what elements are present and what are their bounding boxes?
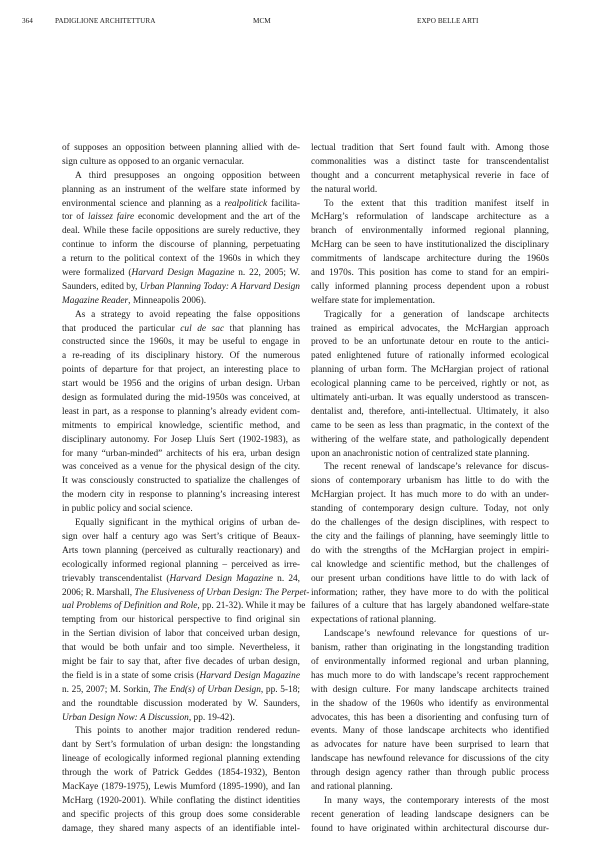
text-line: has much more to do with landscape’s rec…: [311, 670, 549, 684]
text-line: lectual tradition that Sert found fault …: [311, 142, 549, 156]
text-line: in the shadow of the 1960s who identify …: [311, 698, 549, 712]
text-line: events. Many of those landscape architec…: [311, 725, 549, 739]
text-line: cally informed planning process dependen…: [311, 281, 549, 295]
text-line: the city and the failings of planning, h…: [311, 531, 549, 545]
text-line: in the Sertian division of labor that co…: [62, 628, 300, 642]
text-line: Arts town planning (perceived as cultura…: [62, 545, 300, 559]
text-line: sions of contemporary urbanism has littl…: [311, 475, 549, 489]
text-line: trievably transcendentalist (Harvard Des…: [62, 573, 300, 587]
text-line: thought and a concurrent metaphysical re…: [311, 170, 549, 184]
text-line: and 1970s. This position has come to sta…: [311, 267, 549, 281]
text-line: disciplinary autonomy. For Josep Lluís S…: [62, 434, 300, 448]
text-line: dentalist and, therefore, anti-intellect…: [311, 406, 549, 420]
header-right-label: EXPO BELLE ARTI: [417, 17, 478, 25]
text-line: planning as an instrument of the welfare…: [62, 184, 300, 198]
text-line: least in part, as a response to planning…: [62, 406, 300, 420]
text-line: This points to another major tradition r…: [62, 725, 300, 739]
text-line: with design culture. For many landscape …: [311, 684, 549, 698]
text-line: branch of environmentally informed regio…: [311, 225, 549, 239]
text-line: landscape has newfound relevance for dis…: [311, 753, 549, 767]
header-center-label: MCM: [253, 17, 271, 25]
text-line: a re-reading of its disciplinary history…: [62, 350, 300, 364]
text-line: tempting from our historical perspective…: [62, 614, 300, 628]
text-line: Magazine Reader, Minneapolis 2006).: [62, 295, 300, 309]
text-line: withering of the welfare state, and path…: [311, 434, 549, 448]
text-line: through design agency rather than throug…: [311, 767, 549, 781]
text-line: and the roundtable discussion moderated …: [62, 698, 300, 712]
text-line: To the extent that this tradition manife…: [311, 198, 549, 212]
text-line: design as formulated during the mid-1950…: [62, 392, 300, 406]
text-line: Landscape’s newfound relevance for quest…: [311, 628, 549, 642]
text-line: in public policy and social science.: [62, 503, 300, 517]
page-number: 364: [22, 17, 33, 25]
text-line: Saunders, edited by, Urban Planning Toda…: [62, 281, 300, 295]
text-line: The recent renewal of landscape’s releva…: [311, 461, 549, 475]
text-line: advocates, this has been a disorienting …: [311, 712, 549, 726]
text-line: and specific projects of this group does…: [62, 809, 300, 823]
text-line: found to have originated within architec…: [311, 823, 549, 837]
text-line: ual Problems of Definition and Role, pp.…: [62, 600, 300, 614]
text-line: expectations of rational planning.: [311, 614, 549, 628]
text-line: recent generation of leading landscape d…: [311, 809, 549, 823]
text-line: damage, they shared many aspects of an i…: [62, 823, 300, 837]
text-line: McHargian project. It has much more to d…: [311, 489, 549, 503]
text-line: lineage of ecologically informed regiona…: [62, 753, 300, 767]
text-line: do the challenges of the design discipli…: [311, 517, 549, 531]
text-line: welfare state for implementation.: [311, 295, 549, 309]
text-line: cal knowledge and scientific method, but…: [311, 559, 549, 573]
text-line: Equally significant in the mythical orig…: [62, 517, 300, 531]
text-line: of supposes an opposition between planni…: [62, 142, 300, 156]
text-line: planning of urban form. The McHargian pr…: [311, 364, 549, 378]
text-line: that produced the particular cul de sac …: [62, 323, 300, 337]
text-line: McHarg can be seen to have institutional…: [311, 239, 549, 253]
text-line: of environmentally informed regional and…: [311, 656, 549, 670]
text-line: banism, rather than originating in the l…: [311, 642, 549, 656]
text-line: McHarg (1920-2001). While conflating the…: [62, 795, 300, 809]
text-line: ultimately anti-urban. It was equally un…: [311, 392, 549, 406]
text-line: MacKaye (1879-1975), Lewis Mumford (1895…: [62, 781, 300, 795]
text-line: dant by Sert’s formulation of urban desi…: [62, 739, 300, 753]
text-line: through the work of Patrick Geddes (1854…: [62, 767, 300, 781]
text-line: As a strategy to avoid repeating the fal…: [62, 309, 300, 323]
text-line: pated enlightened future of rationally i…: [311, 350, 549, 364]
text-line: Urban Design Now: A Discussion, pp. 19-4…: [62, 712, 300, 726]
text-line: our present urban conditions have little…: [311, 573, 549, 587]
text-line: constructed since the 1960s, it may be u…: [62, 336, 300, 350]
text-line: the field is in a state of some crisis (…: [62, 670, 300, 684]
text-line: commonalities was a distinct taste for t…: [311, 156, 549, 170]
text-line: mitments to empirical knowledge, scienti…: [62, 420, 300, 434]
text-line: sign over half a century ago was Sert’s …: [62, 531, 300, 545]
text-line: sign culture as opposed to an organic ve…: [62, 156, 300, 170]
text-line: standing of contemporary design culture.…: [311, 503, 549, 517]
header-section-title: PADIGLIONE ARCHITETTURA: [55, 17, 156, 25]
text-line: proved to be an unfortunate detour en ro…: [311, 336, 549, 350]
text-line: tor of laissez faire economic developmen…: [62, 211, 300, 225]
text-line: was conceived as a venue for the physica…: [62, 461, 300, 475]
body-column-left: of supposes an opposition between planni…: [62, 142, 300, 837]
text-line: might be fair to say that, after five de…: [62, 656, 300, 670]
text-line: a return to the political context of the…: [62, 253, 300, 267]
text-line: ecologically informed regional planning …: [62, 559, 300, 573]
text-line: were formalized (Harvard Design Magazine…: [62, 267, 300, 281]
text-line: the natural world.: [311, 184, 549, 198]
text-line: that would be both unfair and too simple…: [62, 642, 300, 656]
text-line: came to be seen as less than pragmatic, …: [311, 420, 549, 434]
text-line: Tragically for a generation of landscape…: [311, 309, 549, 323]
text-line: A third presupposes an ongoing oppositio…: [62, 170, 300, 184]
text-line: upon an anachronistic notion of centrali…: [311, 448, 549, 462]
body-column-right: lectual tradition that Sert found fault …: [311, 142, 549, 837]
text-line: 2006; R. Marshall, The Elusiveness of Ur…: [62, 587, 300, 601]
text-line: In many ways, the contemporary interests…: [311, 795, 549, 809]
text-line: points of departure for that project, an…: [62, 364, 300, 378]
text-line: trained as empirical advocates, the McHa…: [311, 323, 549, 337]
text-line: and rational planning.: [311, 781, 549, 795]
text-line: information; rather, they have more to d…: [311, 587, 549, 601]
text-line: continue to inform the discourse of plan…: [62, 239, 300, 253]
text-line: start would be 1956 and the origins of u…: [62, 378, 300, 392]
text-line: environmental science and planning as a …: [62, 198, 300, 212]
text-line: McHarg’s reformulation of landscape arch…: [311, 211, 549, 225]
text-line: failures of a culture that has largely a…: [311, 600, 549, 614]
text-line: It was consciously constructed to spatia…: [62, 475, 300, 489]
text-line: ecological planning came to be perceived…: [311, 378, 549, 392]
text-line: deal. While these facile oppositions are…: [62, 225, 300, 239]
text-line: the modern city in response to planning’…: [62, 489, 300, 503]
text-line: as advocates for nature have been surpri…: [311, 739, 549, 753]
running-header: 364 PADIGLIONE ARCHITETTURA MCM EXPO BEL…: [0, 17, 592, 29]
text-line: n. 25, 2007; M. Sorkin, The End(s) of Ur…: [62, 684, 300, 698]
text-line: do with the strengths of the McHargian p…: [311, 545, 549, 559]
text-line: for many “urban-minded” architects of hi…: [62, 448, 300, 462]
text-line: commitments of landscape architecture du…: [311, 253, 549, 267]
